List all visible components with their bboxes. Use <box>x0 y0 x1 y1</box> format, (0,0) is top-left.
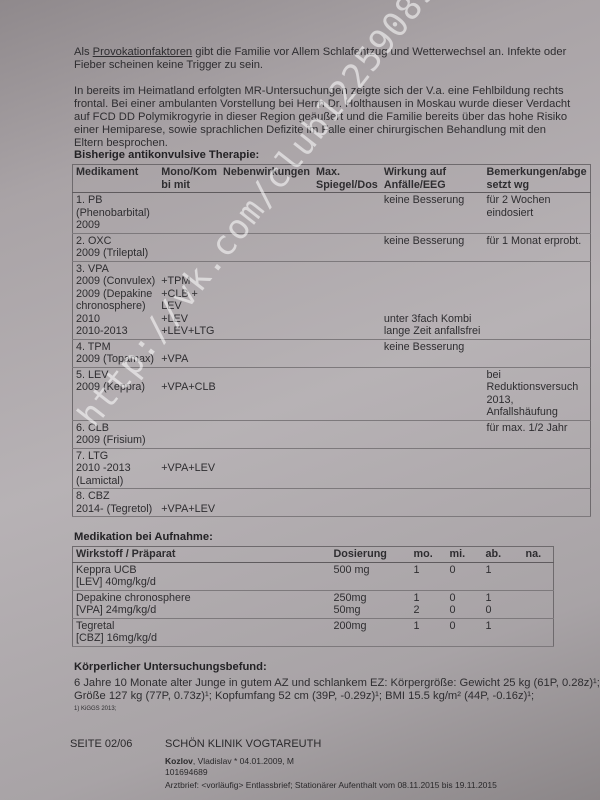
exam-footnote: 1) KiGGS 2013; <box>74 703 594 716</box>
drug-cell: Tegretal[CBZ] 16mg/kg/d <box>73 618 331 646</box>
side-effects-cell <box>220 261 313 339</box>
side-effects-cell-line <box>223 422 310 435</box>
provocation-paragraph: Als Provokationfaktoren gibt die Familie… <box>74 46 574 72</box>
noon-cell-line: 0 <box>450 592 480 605</box>
drug-cell-line: Depakine chronosphere <box>76 592 328 605</box>
side-effects-cell-line <box>223 235 310 248</box>
admission-column-header-line: ab. <box>486 548 520 561</box>
medication-cell-line: 2010-2013 <box>76 325 155 338</box>
combination-cell: +TPM+CLB +LEV+LEV+LEV+LTG <box>158 261 220 339</box>
effect-cell-line <box>384 490 481 503</box>
medication-cell: 3. VPA2009 (Convulex)2009 (Depakinechron… <box>73 261 159 339</box>
p1-prefix: Als <box>74 46 93 58</box>
medication-cell: 6. CLB2009 (Frisium) <box>73 420 159 448</box>
combination-cell <box>158 420 220 448</box>
drug-cell-line: [LEV] 40mg/kg/d <box>76 576 328 589</box>
combination-cell-line <box>161 341 217 354</box>
combination-cell-line: +LEV+LTG <box>161 325 217 338</box>
medication-cell-line: 2009 <box>76 219 155 232</box>
remarks-cell-line: bei <box>486 369 586 382</box>
effect-cell <box>381 367 484 420</box>
max-level-cell <box>313 448 381 489</box>
admission-column-header: na. <box>523 547 554 563</box>
remarks-cell: für 2 Wocheneindosiert <box>483 193 590 234</box>
morning-cell: 12 <box>411 590 447 618</box>
medication-cell-line: 2. OXC <box>76 235 155 248</box>
therapy-column-header: Medikament <box>73 165 159 193</box>
medication-cell-line: 2009 (Frisium) <box>76 434 155 447</box>
effect-cell-line <box>384 422 481 435</box>
therapy-row: 2. OXC2009 (Trileptal) keine Besserungfü… <box>73 233 591 261</box>
max-level-cell <box>313 489 381 517</box>
side-effects-cell-line <box>223 490 310 503</box>
night-cell <box>523 590 554 618</box>
remarks-cell: beiReduktionsversuch2013,Anfallshäufung <box>483 367 590 420</box>
combination-cell <box>158 193 220 234</box>
dose-cell: 200mg <box>331 618 411 646</box>
combination-cell: +VPA+LEV <box>158 489 220 517</box>
max-level-cell-line <box>316 194 378 207</box>
therapy-row: 3. VPA2009 (Convulex)2009 (Depakinechron… <box>73 261 591 339</box>
letter-type: Arztbrief: <vorläufig> Entlassbrief; Sta… <box>165 780 497 790</box>
max-level-cell <box>313 339 381 367</box>
medication-cell-line: 2010 <box>76 313 155 326</box>
effect-cell-line: keine Besserung <box>384 235 481 248</box>
combination-cell: +VPA+LEV <box>158 448 220 489</box>
max-level-cell <box>313 420 381 448</box>
page-number: SEITE 02/06 <box>70 738 132 750</box>
medication-cell-line: chronosphere) <box>76 300 155 313</box>
dose-cell-line: 250mg <box>334 592 408 605</box>
effect-cell <box>381 420 484 448</box>
evening-cell: 1 <box>483 618 523 646</box>
drug-cell-line: [CBZ] 16mg/kg/d <box>76 632 328 645</box>
effect-cell-line: keine Besserung <box>384 194 481 207</box>
medication-cell-line: 2010 -2013 <box>76 462 155 475</box>
medication-cell-line: 2009 (Convulex) <box>76 275 155 288</box>
max-level-cell-line <box>316 450 378 463</box>
therapy-column-header-line: Medikament <box>76 166 155 179</box>
therapy-column-header-line: Nebenwirkungen <box>223 166 310 179</box>
night-cell-line <box>526 564 551 577</box>
side-effects-cell-line <box>223 263 310 276</box>
therapy-column-header: Wirkung aufAnfälle/EEG <box>381 165 484 193</box>
mri-paragraph: In bereits im Heimatland erfolgten MR-Un… <box>74 85 574 150</box>
drug-cell: Keppra UCB[LEV] 40mg/kg/d <box>73 562 331 590</box>
admission-medication-table: Wirkstoff / PräparatDosierungmo.mi.ab.na… <box>72 546 554 647</box>
admission-column-header: mi. <box>447 547 483 563</box>
dose-cell-line: 500 mg <box>334 564 408 577</box>
exam-findings: 6 Jahre 10 Monate alter Junge in gutem A… <box>74 677 594 716</box>
medication-cell: 1. PB(Phenobarbital)2009 <box>73 193 159 234</box>
medication-cell-line: 2009 (Depakine <box>76 288 155 301</box>
admission-column-header: Wirkstoff / Präparat <box>73 547 331 563</box>
morning-cell-line: 1 <box>414 564 444 577</box>
morning-cell-line: 1 <box>414 620 444 633</box>
combination-cell: +VPA <box>158 339 220 367</box>
remarks-cell-line: für 2 Wochen <box>486 194 586 207</box>
noon-cell-line: 0 <box>450 564 480 577</box>
noon-cell: 0 <box>447 618 483 646</box>
max-level-cell <box>313 367 381 420</box>
admission-column-header: mo. <box>411 547 447 563</box>
side-effects-cell <box>220 193 313 234</box>
combination-cell-line: +VPA+CLB <box>161 381 217 394</box>
medication-cell: 4. TPM2009 (Topamax) <box>73 339 159 367</box>
evening-cell: 1 <box>483 562 523 590</box>
effect-cell <box>381 489 484 517</box>
therapy-column-header-line: Spiegel/Dos <box>316 179 378 192</box>
therapy-column-header-line: setzt wg <box>486 179 586 192</box>
therapy-column-header-line: Anfälle/EEG <box>384 179 481 192</box>
admission-row: Depakine chronosphere[VPA] 24mg/kg/d250m… <box>73 590 554 618</box>
effect-cell-line <box>384 263 481 276</box>
medication-cell-line: (Lamictal) <box>76 475 155 488</box>
exam-line-1: 6 Jahre 10 Monate alter Junge in gutem A… <box>74 677 594 690</box>
medication-cell-line: 8. CBZ <box>76 490 155 503</box>
therapy-column-header-line: Wirkung auf <box>384 166 481 179</box>
medication-cell: 8. CBZ2014- (Tegretol) <box>73 489 159 517</box>
document-page: Als Provokationfaktoren gibt die Familie… <box>0 0 600 800</box>
medication-cell: 2. OXC2009 (Trileptal) <box>73 233 159 261</box>
night-cell <box>523 562 554 590</box>
morning-cell-line: 1 <box>414 592 444 605</box>
medication-cell-line: 3. VPA <box>76 263 155 276</box>
drug-cell: Depakine chronosphere[VPA] 24mg/kg/d <box>73 590 331 618</box>
remarks-cell-line: Reduktionsversuch <box>486 381 586 394</box>
remarks-cell <box>483 339 590 367</box>
side-effects-cell <box>220 339 313 367</box>
admission-column-header-line: na. <box>526 548 551 561</box>
remarks-cell-line: eindosiert <box>486 207 586 220</box>
side-effects-cell <box>220 489 313 517</box>
remarks-cell: für 1 Monat erprobt. <box>483 233 590 261</box>
remarks-cell-line <box>486 263 586 276</box>
admission-column-header-line: Wirkstoff / Präparat <box>76 548 328 561</box>
combination-cell-line: LEV <box>161 300 217 313</box>
effect-cell: keine Besserung <box>381 339 484 367</box>
max-level-cell <box>313 193 381 234</box>
evening-cell-line: 1 <box>486 620 520 633</box>
therapy-column-header-line: bi mit <box>161 179 217 192</box>
drug-cell-line: [VPA] 24mg/kg/d <box>76 604 328 617</box>
max-level-cell <box>313 261 381 339</box>
effect-cell-line: lange Zeit anfallsfrei <box>384 325 481 338</box>
medication-cell-line: (Phenobarbital) <box>76 207 155 220</box>
combination-cell-line <box>161 263 217 276</box>
side-effects-cell-line <box>223 369 310 382</box>
combination-cell-line <box>161 235 217 248</box>
combination-cell-line <box>161 194 217 207</box>
remarks-cell-line <box>486 450 586 463</box>
therapy-row: 1. PB(Phenobarbital)2009 keine Besserung… <box>73 193 591 234</box>
combination-cell-line: +VPA <box>161 353 217 366</box>
effect-cell-line: unter 3fach Kombi <box>384 313 481 326</box>
therapy-row: 7. LTG2010 -2013(Lamictal) +VPA+LEV <box>73 448 591 489</box>
therapy-row: 5. LEV2009 (Keppra) +VPA+CLB beiReduktio… <box>73 367 591 420</box>
remarks-cell: für max. 1/2 Jahr <box>483 420 590 448</box>
remarks-cell <box>483 448 590 489</box>
patient-info: Kozlov, Vladislav * 04.01.2009, M <box>165 756 294 766</box>
noon-cell-line: 0 <box>450 604 480 617</box>
combination-cell-line <box>161 369 217 382</box>
patient-id: 101694689 <box>165 767 208 777</box>
admission-row: Keppra UCB[LEV] 40mg/kg/d500 mg101 <box>73 562 554 590</box>
remarks-cell-line: für 1 Monat erprobt. <box>486 235 586 248</box>
therapy-column-header: Max.Spiegel/Dos <box>313 165 381 193</box>
therapy-heading: Bisherige antikonvulsive Therapie: <box>74 149 259 161</box>
medication-cell-line: 5. LEV <box>76 369 155 382</box>
morning-cell: 1 <box>411 618 447 646</box>
night-cell-line <box>526 620 551 633</box>
therapy-column-header-line: Mono/Kom <box>161 166 217 179</box>
evening-cell: 10 <box>483 590 523 618</box>
clinic-name: SCHÖN KLINIK VOGTAREUTH <box>165 738 321 750</box>
therapy-column-header: Mono/Kombi mit <box>158 165 220 193</box>
effect-cell-line <box>384 288 481 301</box>
effect-cell: unter 3fach Kombilange Zeit anfallsfrei <box>381 261 484 339</box>
noon-cell: 0 <box>447 562 483 590</box>
effect-cell: keine Besserung <box>381 193 484 234</box>
admission-column-header: ab. <box>483 547 523 563</box>
max-level-cell-line <box>316 490 378 503</box>
drug-cell-line: Keppra UCB <box>76 564 328 577</box>
medication-cell-line: 7. LTG <box>76 450 155 463</box>
medication-cell-line: 6. CLB <box>76 422 155 435</box>
combination-cell: +VPA+CLB <box>158 367 220 420</box>
effect-cell-line: keine Besserung <box>384 341 481 354</box>
therapy-row: 4. TPM2009 (Topamax) +VPA keine Besserun… <box>73 339 591 367</box>
side-effects-cell <box>220 367 313 420</box>
combination-cell-line: +LEV <box>161 313 217 326</box>
side-effects-cell-line <box>223 341 310 354</box>
therapy-table: MedikamentMono/Kombi mitNebenwirkungenMa… <box>72 164 591 517</box>
admission-column-header-line: mo. <box>414 548 444 561</box>
side-effects-cell-line <box>223 194 310 207</box>
combination-cell-line <box>161 490 217 503</box>
morning-cell-line: 2 <box>414 604 444 617</box>
night-cell <box>523 618 554 646</box>
evening-cell-line: 0 <box>486 604 520 617</box>
effect-cell-line <box>384 275 481 288</box>
medication-cell-line: 2009 (Trileptal) <box>76 247 155 260</box>
therapy-row: 8. CBZ2014- (Tegretol) +VPA+LEV <box>73 489 591 517</box>
admission-column-header: Dosierung <box>331 547 411 563</box>
noon-cell: 00 <box>447 590 483 618</box>
combination-cell <box>158 233 220 261</box>
admission-column-header-line: mi. <box>450 548 480 561</box>
medication-cell-line: 4. TPM <box>76 341 155 354</box>
dose-cell: 500 mg <box>331 562 411 590</box>
admission-heading: Medikation bei Aufnahme: <box>74 531 213 543</box>
remarks-cell-line: für max. 1/2 Jahr <box>486 422 586 435</box>
dose-cell-line: 200mg <box>334 620 408 633</box>
admission-column-header-line: Dosierung <box>334 548 408 561</box>
therapy-column-header: Bemerkungen/abgesetzt wg <box>483 165 590 193</box>
combination-cell-line <box>161 422 217 435</box>
max-level-cell-line <box>316 369 378 382</box>
side-effects-cell <box>220 233 313 261</box>
effect-cell-line <box>384 450 481 463</box>
combination-cell-line <box>161 450 217 463</box>
medication-cell: 5. LEV2009 (Keppra) <box>73 367 159 420</box>
side-effects-cell <box>220 448 313 489</box>
remarks-cell <box>483 261 590 339</box>
max-level-cell-line <box>316 422 378 435</box>
combination-cell-line: +CLB + <box>161 288 217 301</box>
drug-cell-line: Tegretal <box>76 620 328 633</box>
remarks-cell <box>483 489 590 517</box>
evening-cell-line: 1 <box>486 592 520 605</box>
exam-line-2: Größe 127 kg (77P, 0.73z)¹; Kopfumfang 5… <box>74 690 594 703</box>
remarks-cell-line: 2013, <box>486 394 586 407</box>
therapy-column-header-line: Bemerkungen/abge <box>486 166 586 179</box>
patient-details: , Vladislav * 04.01.2009, M <box>193 756 294 766</box>
therapy-column-header-line: Max. <box>316 166 378 179</box>
noon-cell-line: 0 <box>450 620 480 633</box>
combination-cell-line: +VPA+LEV <box>161 462 217 475</box>
max-level-cell-line <box>316 341 378 354</box>
remarks-cell-line <box>486 341 586 354</box>
remarks-cell-line <box>486 490 586 503</box>
medication-cell-line: 2009 (Topamax) <box>76 353 155 366</box>
morning-cell: 1 <box>411 562 447 590</box>
medication-cell-line: 1. PB <box>76 194 155 207</box>
combination-cell-line: +TPM <box>161 275 217 288</box>
dose-cell-line: 50mg <box>334 604 408 617</box>
effect-cell <box>381 448 484 489</box>
combination-cell-line: +VPA+LEV <box>161 503 217 516</box>
effect-cell: keine Besserung <box>381 233 484 261</box>
night-cell-line <box>526 592 551 605</box>
side-effects-cell-line <box>223 450 310 463</box>
effect-cell-line <box>384 300 481 313</box>
max-level-cell-line <box>316 235 378 248</box>
dose-cell: 250mg50mg <box>331 590 411 618</box>
remarks-cell-line: Anfallshäufung <box>486 406 586 419</box>
max-level-cell <box>313 233 381 261</box>
medication-cell: 7. LTG2010 -2013(Lamictal) <box>73 448 159 489</box>
therapy-row: 6. CLB2009 (Frisium) für max. 1/2 Jahr <box>73 420 591 448</box>
medication-cell-line: 2014- (Tegretol) <box>76 503 155 516</box>
side-effects-cell <box>220 420 313 448</box>
patient-last-name: Kozlov <box>165 756 193 766</box>
provocation-factors-term: Provokationfaktoren <box>93 46 193 58</box>
evening-cell-line: 1 <box>486 564 520 577</box>
max-level-cell-line <box>316 263 378 276</box>
therapy-column-header: Nebenwirkungen <box>220 165 313 193</box>
exam-heading: Körperlicher Untersuchungsbefund: <box>74 661 267 673</box>
medication-cell-line: 2009 (Keppra) <box>76 381 155 394</box>
admission-row: Tegretal[CBZ] 16mg/kg/d200mg101 <box>73 618 554 646</box>
effect-cell-line <box>384 369 481 382</box>
